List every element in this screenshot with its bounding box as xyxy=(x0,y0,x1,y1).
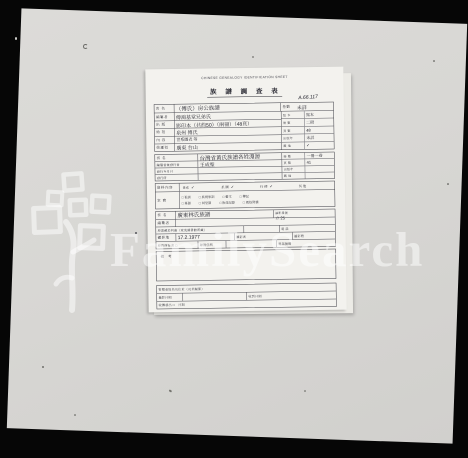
book1-edition-box: 版 本 寫本 冊 數 二冊 頁 數 48 出版年 xyxy=(281,111,334,150)
check-mark: ✓ xyxy=(191,185,194,190)
field-label: 藏 地 xyxy=(282,142,305,150)
film-number-handwritten: A.66.117 xyxy=(298,94,318,101)
dust-speck xyxy=(252,56,254,58)
form-title: 族 譜 調 查 表 xyxy=(207,85,282,97)
genealogy-survey-form: CHINESE GENEALOGY IDENTIFICATION SHEET 族… xyxy=(145,67,346,313)
book2-edition-box: 冊 數 一冊一卷 頁 數 41 出版年 藏 地 xyxy=(281,152,334,179)
dust-speck xyxy=(447,183,449,185)
field-cell xyxy=(314,232,335,239)
checkbox-item: □ 祖訓 xyxy=(182,195,191,200)
check-mark: ✓ xyxy=(269,184,272,189)
field-label: 收據發出 □ 日期 xyxy=(157,301,186,309)
content-item: 系 圖 ✓ xyxy=(218,182,257,191)
field-value-handwritten: 未詳 xyxy=(297,103,307,111)
dust-speck xyxy=(42,366,44,368)
field-value-handwritten: ✓ xyxy=(306,143,309,148)
dust-speck xyxy=(304,390,306,392)
field-value-handwritten: 台灣省黃氏族譜各姓淵源 xyxy=(199,153,260,161)
field-label: 攝影者 xyxy=(234,233,256,240)
field-value-handwritten: 41 xyxy=(307,160,312,165)
field-label: 發行所 xyxy=(155,174,198,181)
checkbox-grid: □ 祖訓 □ 族規家訓 □ 藝文 □ 傳記 □ 墓圖 □ 祠堂圖 □ 族產記錄 … xyxy=(180,190,335,209)
checkbox-item: □ 祠堂圖 xyxy=(199,201,211,206)
field-label: 家 寶 xyxy=(156,192,180,209)
field-cell: ✓ xyxy=(305,142,334,150)
content-item: 世系 ✓ xyxy=(179,183,218,192)
field-label: 聯絡住所 xyxy=(198,241,226,248)
field-value-handwritten: 泉州 傅氏 xyxy=(176,128,198,136)
checkbox-item: □ 藝文 xyxy=(222,194,231,199)
field-label: 攝影費 xyxy=(292,232,314,239)
dust-speck xyxy=(433,60,435,62)
field-label: 電 話 xyxy=(279,225,297,232)
dust-speck xyxy=(83,44,88,49)
field-cell xyxy=(256,233,292,240)
form-row: 藏 地 xyxy=(282,172,334,179)
field-label: 資料內容 xyxy=(155,183,179,191)
field-value-handwritten: 48 xyxy=(306,128,311,133)
form-section-book2: 書 名 台灣省黃氏族譜各姓淵源 編纂者兼發行者 王成聖 發行年月日 發行所 xyxy=(154,152,334,182)
check-mark: ✓ xyxy=(231,184,234,189)
checkbox-item: □ 族規家訓 xyxy=(199,194,215,199)
field-cell: 廣東 台山 xyxy=(175,142,282,151)
field-cell xyxy=(198,173,282,180)
field-cell xyxy=(226,240,276,248)
form-row: 家 寶 □ 祖訓 □ 族規家訓 □ 藝文 □ 傳記 □ 墓圖 □ 祠堂圖 □ 族… xyxy=(156,189,335,208)
field-value-handwritten: 17.2.1977 xyxy=(178,234,200,240)
dust-speck xyxy=(135,232,137,234)
microfilm-scan: CHINESE GENEALOGY IDENTIFICATION SHEET 族… xyxy=(0,0,468,458)
field-cell: 未詳 xyxy=(295,102,333,111)
field-label: 攝影日期 xyxy=(157,294,183,302)
field-label: 電話號碼 xyxy=(276,240,304,247)
field-label: 編纂者 xyxy=(156,219,176,226)
field-value-handwritten: 一冊一卷 xyxy=(306,153,322,159)
field-label: 其 他 xyxy=(299,183,307,188)
field-cell xyxy=(244,225,279,232)
field-value-handwritten: 廣東 台山 xyxy=(176,143,198,151)
dust-speck xyxy=(74,414,76,416)
field-value-handwritten: 傅鴻基堂兄弟氏 xyxy=(176,112,211,120)
field-value-handwritten: 廣東林氏族譜 xyxy=(177,210,210,218)
form-row: 始遷祖 廣東 台山 xyxy=(155,142,282,151)
field-label: 原件所有者 □ xyxy=(156,241,198,248)
dust-speck xyxy=(15,37,17,40)
form-section-book3: 書 名 廣東林氏族譜 攝影番號 立 25 編纂者 原書藏於何處（家或圖書館所藏）… xyxy=(155,209,336,250)
form-row: 藏 地 ✓ xyxy=(282,141,334,149)
field-label: 書 名 xyxy=(154,104,174,112)
field-cell xyxy=(305,172,334,179)
content-item: 其 他 xyxy=(296,181,335,190)
field-cell xyxy=(183,293,247,301)
field-label: 書 名 xyxy=(156,211,176,219)
field-label: 系 圖 xyxy=(221,184,229,189)
checkbox-item: □ 族產記錄 xyxy=(219,200,235,205)
form-row: 發行所 xyxy=(155,172,282,180)
field-label: 始遷祖 xyxy=(155,144,175,151)
field-label: 世系 xyxy=(182,185,189,190)
field-label: 備 考 xyxy=(160,254,173,259)
field-value-handwritten: 影印本（共約50）（兩冊）（48頁） xyxy=(176,120,252,129)
field-label: 行 傳 xyxy=(260,184,268,189)
checkbox-item: □ 傳記 xyxy=(240,194,249,199)
field-value-handwritten: 未詳 xyxy=(306,135,314,141)
field-value-handwritten: 王成聖 xyxy=(200,160,215,167)
checkbox-item: □ 風俗習慣 xyxy=(243,200,259,205)
photo-number-box: 攝影番號 立 25 xyxy=(273,209,335,217)
form-english-header: CHINESE GENEALOGY IDENTIFICATION SHEET xyxy=(145,75,343,81)
field-value-handwritten: 寫本 xyxy=(306,112,314,118)
field-value-handwritten: 二冊 xyxy=(306,120,314,126)
field-cell xyxy=(304,239,335,246)
form-section-donation: 寄贈者姓名及住址（及其關係） 攝影日期 收到日期 收據發出 □ 日期 xyxy=(156,283,336,309)
field-value-handwritten: （傅氏）房公族譜 xyxy=(176,103,220,112)
checkbox-item: □ 墓圖 xyxy=(182,201,191,206)
form-section-remarks: 備 考 xyxy=(156,249,336,282)
field-label: 攝影地 xyxy=(156,234,176,241)
field-cell xyxy=(272,291,336,299)
field-label: 收到日期 xyxy=(246,292,272,300)
content-item: 行 傳 ✓ xyxy=(257,182,296,191)
form-section-book1: 書 名 （傅氏）房公族譜 卷數 未詳 編纂者 傅鴻基堂兄弟氏 出 版 影印本（共… xyxy=(154,102,335,152)
field-label: 藏 地 xyxy=(282,173,305,179)
field-cell xyxy=(297,225,335,232)
field-label: 卷數 xyxy=(280,103,295,111)
form-section-contents: 資料內容 世系 ✓ 系 圖 ✓ 行 傳 ✓ 其 他 xyxy=(155,181,335,210)
field-value-handwritten: 世系圖表 等 xyxy=(176,137,197,143)
field-label: 寄贈者姓名及住址（及其關係） xyxy=(157,285,206,293)
